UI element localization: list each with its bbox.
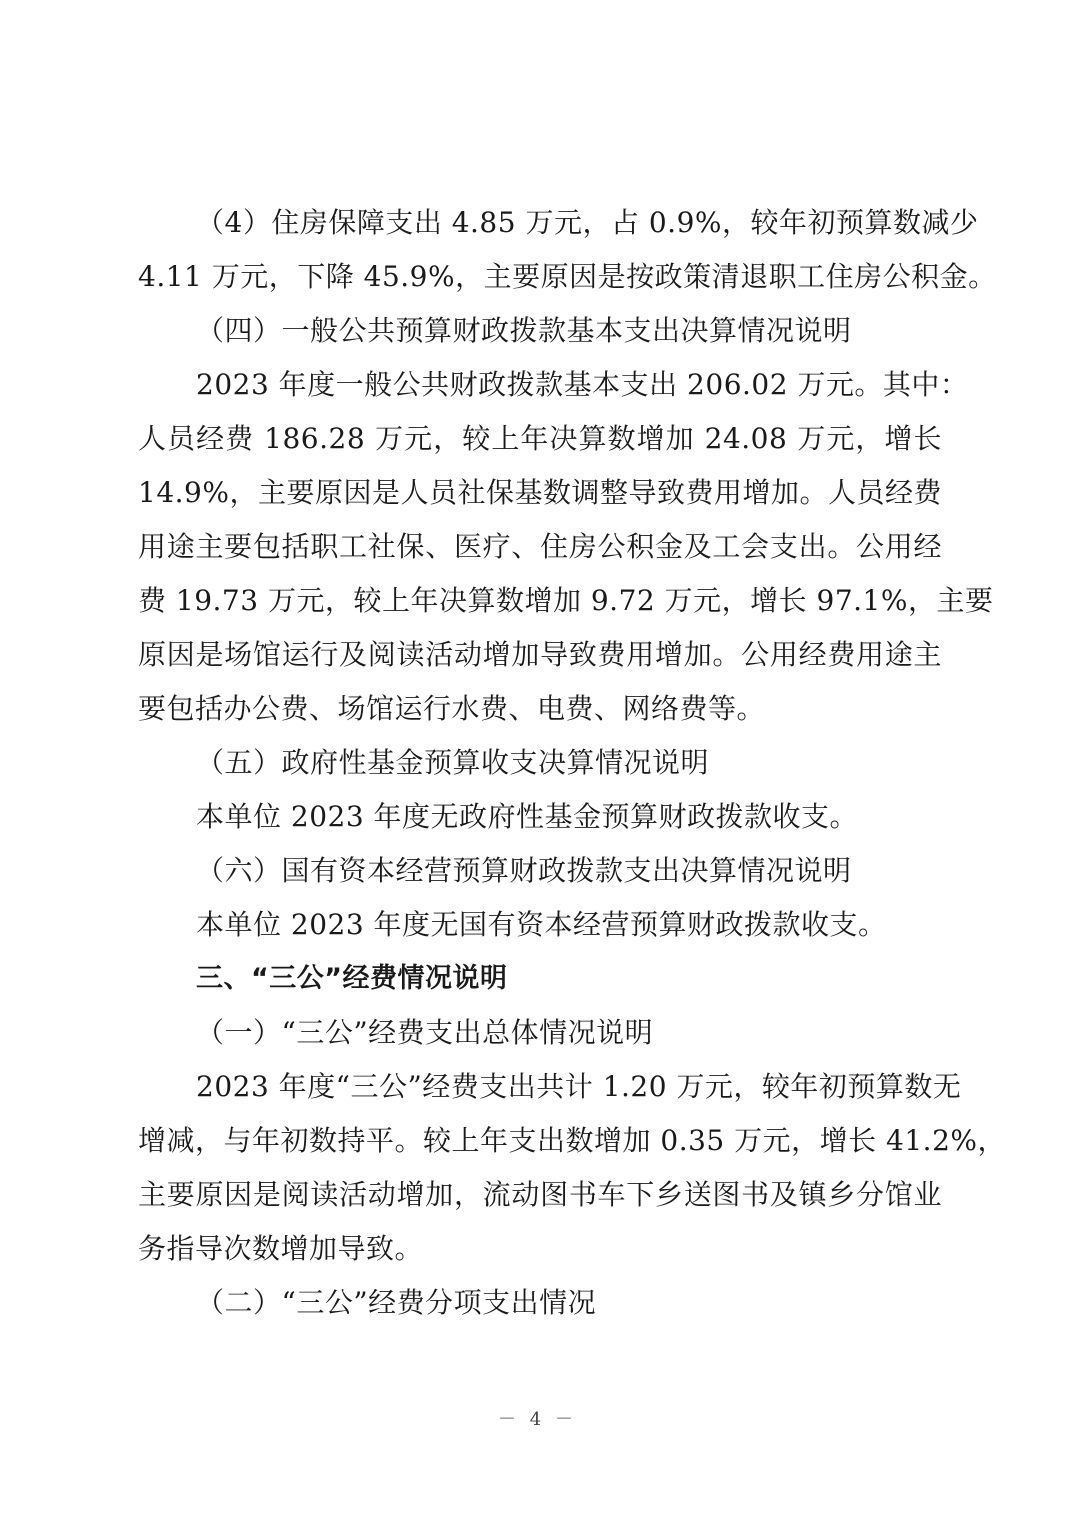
- paragraph-line: 要包括办公费、场馆运行水费、电费、网络费等。: [138, 689, 942, 729]
- paragraph-line: 用途主要包括职工社保、医疗、住房公积金及工会支出。公用经: [138, 527, 942, 567]
- paragraph-line: 主要原因是阅读活动增加，流动图书车下乡送图书及镇乡分馆业: [138, 1175, 942, 1215]
- paragraph-line: 本单位 2023 年度无政府性基金预算财政拨款收支。: [196, 797, 942, 837]
- paragraph-line: 增减，与年初数持平。较上年支出数增加 0.35 万元，增长 41.2%，: [138, 1121, 942, 1161]
- document-page: （4）住房保障支出 4.85 万元，占 0.9%，较年初预算数减少 4.11 万…: [0, 0, 1075, 1520]
- section-heading: （二）“三公”经费分项支出情况: [196, 1283, 942, 1323]
- paragraph-line: 本单位 2023 年度无国有资本经营预算财政拨款收支。: [196, 905, 942, 945]
- section-heading: （一）“三公”经费支出总体情况说明: [196, 1013, 942, 1053]
- page-number: － 4 －: [0, 1405, 1075, 1431]
- section-heading: （五）政府性基金预算收支决算情况说明: [196, 743, 942, 783]
- paragraph-line: 务指导次数增加导致。: [138, 1229, 942, 1269]
- section-heading: （四）一般公共预算财政拨款基本支出决算情况说明: [196, 311, 942, 351]
- paragraph-line: （4）住房保障支出 4.85 万元，占 0.9%，较年初预算数减少: [196, 203, 942, 243]
- section-heading: （六）国有资本经营预算财政拨款支出决算情况说明: [196, 851, 942, 891]
- paragraph-line: 人员经费 186.28 万元，较上年决算数增加 24.08 万元，增长: [138, 419, 942, 459]
- paragraph-line: 2023 年度一般公共财政拨款基本支出 206.02 万元。其中：: [196, 365, 942, 405]
- paragraph-line: 原因是场馆运行及阅读活动增加导致费用增加。公用经费用途主: [138, 635, 942, 675]
- part-heading: 三、“三公”经费情况说明: [196, 959, 942, 999]
- paragraph-line: 费 19.73 万元，较上年决算数增加 9.72 万元，增长 97.1%，主要: [138, 581, 942, 621]
- paragraph-line: 14.9%，主要原因是人员社保基数调整导致费用增加。人员经费: [138, 473, 942, 513]
- paragraph-line: 4.11 万元，下降 45.9%，主要原因是按政策清退职工住房公积金。: [138, 257, 942, 297]
- paragraph-line: 2023 年度“三公”经费支出共计 1.20 万元，较年初预算数无: [196, 1067, 942, 1107]
